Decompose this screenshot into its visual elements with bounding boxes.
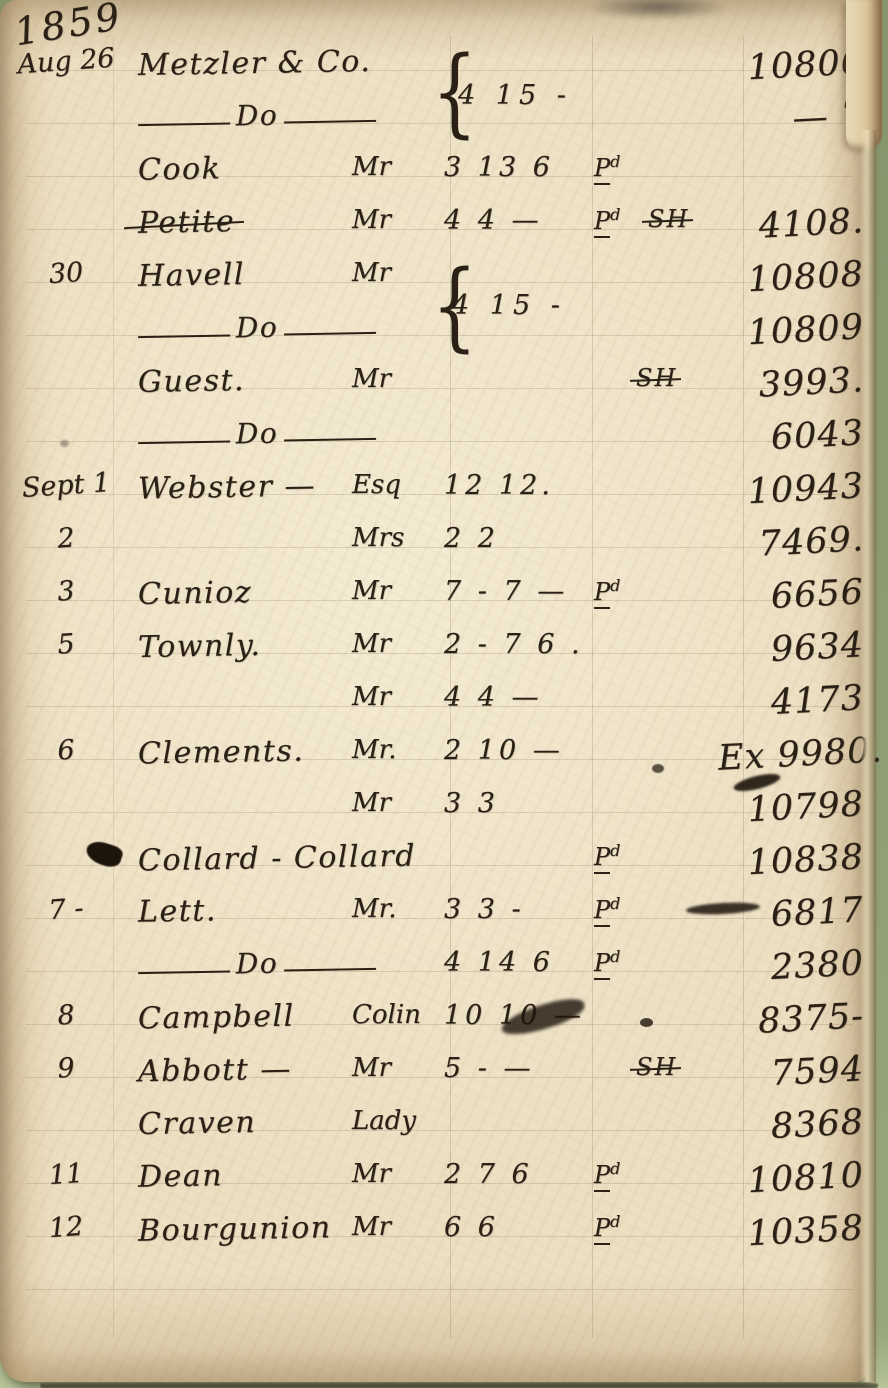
ledger-row: 2Mrs2 27469. xyxy=(0,519,866,572)
entry-number: 10943 xyxy=(717,466,865,514)
entry-amount: 2 7 6 xyxy=(444,1159,533,1190)
entry-name: Petite xyxy=(138,204,236,241)
entry-name: Dean xyxy=(138,1158,224,1194)
sh-mark: SH xyxy=(648,205,689,233)
entry-amount: 3 3 xyxy=(444,788,499,819)
entry-name: Lett. xyxy=(138,893,217,929)
ledger-row: 7 -Lett.Mr.3 3 -Pd6817 xyxy=(0,890,866,943)
entry-name: Webster — xyxy=(138,468,317,506)
ledger-row: CookMr3 13 6Pd xyxy=(0,148,866,201)
entry-day: 7 - xyxy=(0,889,133,929)
entry-number: 10838 xyxy=(717,837,865,885)
page-bottom-shadow xyxy=(40,1383,878,1388)
entry-amount: 3 3 - xyxy=(444,894,525,925)
ledger-row: CravenLady8368 xyxy=(0,1102,866,1155)
entry-number: Ex 9980. xyxy=(717,731,865,779)
entry-name: Bourgunion xyxy=(138,1210,332,1248)
ledger-row: 12BourgunionMr6 6Pd10358 xyxy=(0,1208,866,1261)
entry-name: Guest. xyxy=(138,363,246,400)
scanned-ledger-page: { "document": { "type": "handwritten acc… xyxy=(0,0,888,1388)
entry-number: 10809 xyxy=(717,307,865,355)
entry-amount: 6 6 xyxy=(444,1212,499,1243)
entry-day: Sept 1 xyxy=(0,465,133,505)
entry-title: Esq xyxy=(352,470,401,500)
entry-name: Collard - Collard xyxy=(138,839,417,879)
ledger-row: 9Abbott —Mr5 - —SH7594 xyxy=(0,1049,866,1102)
entry-name: Townly. xyxy=(138,628,262,665)
scan-smudge xyxy=(588,0,728,20)
ledger-row: 11DeanMr2 7 6Pd10810 xyxy=(0,1155,866,1208)
entry-day: 3 xyxy=(0,571,133,611)
paid-mark: Pd xyxy=(594,1212,620,1242)
entry-ditto: Do xyxy=(138,309,377,346)
entry-title: Mr xyxy=(352,629,391,659)
ledger-row: Guest.MrSH3993. xyxy=(0,360,866,413)
entry-title: Mr xyxy=(352,1053,391,1083)
entry-title: Mr xyxy=(352,205,391,235)
entry-amount: 5 - — xyxy=(444,1053,534,1084)
paid-mark: Pd xyxy=(594,576,620,606)
paid-mark: Pd xyxy=(594,205,620,235)
entry-name: Cunioz xyxy=(138,575,253,612)
entry-amount: 2 - 7 6 . xyxy=(444,629,584,660)
entry-number: 4173 xyxy=(717,678,865,726)
entry-title: Mrs xyxy=(352,523,404,553)
entry-title: Mr xyxy=(352,1212,391,1242)
entry-number: 10808 xyxy=(717,254,865,302)
ledger-row: 3CuniozMr7 - 7 —Pd6656 xyxy=(0,572,866,625)
paid-mark: Pd xyxy=(594,947,620,977)
paid-mark: Pd xyxy=(594,1159,620,1189)
entry-amount: 4 14 6 xyxy=(444,947,554,978)
entry-amount: 4 4 — xyxy=(444,205,543,236)
entry-day: 6 xyxy=(0,730,133,770)
entry-number: 8368 xyxy=(717,1102,865,1150)
entry-amount: 10 10 — xyxy=(444,1000,585,1031)
entry-number: 6656 xyxy=(717,572,865,620)
entry-title: Mr xyxy=(352,1159,391,1189)
ledger-row: Do4 14 6Pd2380 xyxy=(0,943,866,996)
entry-name: Clements. xyxy=(138,734,305,772)
entry-title: Mr xyxy=(352,788,391,818)
ledger-row: 6Clements.Mr.2 10 —Ex 9980. xyxy=(0,731,866,784)
entry-amount: 3 13 6 xyxy=(444,152,554,183)
entry-number: 10806 xyxy=(717,42,865,90)
brace-amount-metzler: 4 15 - xyxy=(458,80,572,111)
sh-mark: SH xyxy=(636,1053,677,1081)
paid-mark: Pd xyxy=(594,841,620,871)
entry-number: 6043 xyxy=(717,413,865,461)
entry-day: 5 xyxy=(0,624,133,664)
entry-number: 2380 xyxy=(717,943,865,991)
entry-day: Aug 26 xyxy=(0,41,133,81)
entry-name: Campbell xyxy=(138,999,295,1037)
entry-name: Havell xyxy=(138,257,246,294)
ledger-row: Do6043 xyxy=(0,413,866,466)
entry-ditto: Do xyxy=(138,945,377,982)
entry-title: Mr. xyxy=(352,735,396,765)
entry-title: Mr xyxy=(352,258,391,288)
entry-name: Craven xyxy=(138,1105,257,1142)
entry-ditto: Do xyxy=(138,97,377,134)
ledger-page: 1859 Aug 26Metzler & Co.10806Do— 7CookMr… xyxy=(0,0,866,1382)
entry-title: Mr xyxy=(352,682,391,712)
ledger-row: Mr4 4 —4173 xyxy=(0,678,866,731)
ledger-row: Collard - CollardPd10838 xyxy=(0,837,866,890)
ledger-row: PetiteMr4 4 —PdSH4108. xyxy=(0,201,866,254)
entry-day: 9 xyxy=(0,1048,133,1088)
entry-amount: 12 12. xyxy=(444,470,554,501)
entry-amount: 2 10 — xyxy=(444,735,564,766)
sh-mark: SH xyxy=(636,364,677,392)
ledger-row: 5Townly.Mr2 - 7 6 .9634 xyxy=(0,625,866,678)
paid-mark: Pd xyxy=(594,152,620,182)
entry-day: 11 xyxy=(0,1154,133,1194)
ledger-row: Sept 1Webster —Esq12 12.10943 xyxy=(0,466,866,519)
entry-number: 6817 xyxy=(717,890,865,938)
ledger-row: Mr3 310798 xyxy=(0,784,866,837)
entry-title: Mr xyxy=(352,364,391,394)
entry-name: Metzler & Co. xyxy=(138,44,372,83)
entry-name: Cook xyxy=(138,151,222,187)
entry-number: 10798 xyxy=(717,784,865,832)
entry-name: Abbott — xyxy=(138,1052,292,1090)
entry-number: 9634 xyxy=(717,625,865,673)
entry-amount: 4 4 — xyxy=(444,682,543,713)
entry-amount: 7 - 7 — xyxy=(444,576,568,607)
brace-amount-havell: 4 15 - xyxy=(452,290,566,321)
entry-ditto: Do xyxy=(138,415,377,452)
entry-amount: 2 2 xyxy=(444,523,499,554)
entry-number: — 7 xyxy=(717,95,865,143)
ledger-row: 8CampbellColin10 10 —8375- xyxy=(0,996,866,1049)
entry-number: 10358 xyxy=(717,1208,865,1256)
paid-mark: Pd xyxy=(594,894,620,924)
entry-title: Mr. xyxy=(352,894,396,924)
entry-day: 2 xyxy=(0,518,133,558)
entry-number: 7469. xyxy=(717,519,865,567)
entry-number: 3993. xyxy=(717,360,865,408)
entry-day: 30 xyxy=(0,253,133,293)
entry-title: Mr xyxy=(352,576,391,606)
entry-title: Colin xyxy=(352,1000,421,1030)
entry-title: Mr xyxy=(352,152,391,182)
entry-number: 7594 xyxy=(717,1049,865,1097)
entry-number: 4108. xyxy=(717,201,865,249)
entry-title: Lady xyxy=(352,1106,416,1136)
entry-day: 12 xyxy=(0,1207,133,1247)
entry-number: 8375- xyxy=(717,996,865,1044)
entry-number: 10810 xyxy=(717,1155,865,1203)
entry-day: 8 xyxy=(0,995,133,1035)
